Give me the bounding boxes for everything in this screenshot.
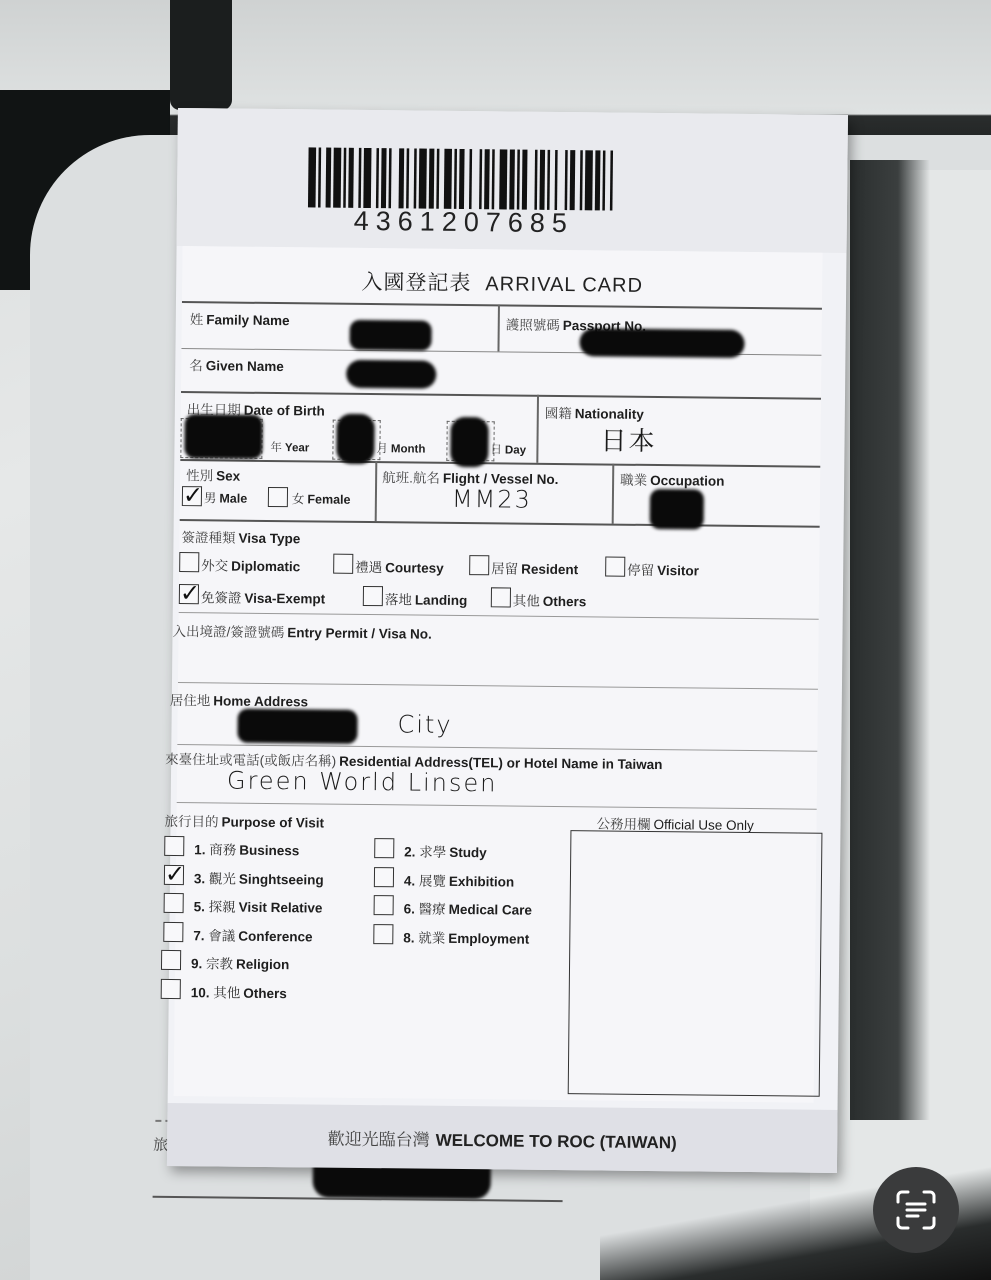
purpose-label: 5. 探親Visit Relative [194, 895, 323, 916]
text-scan-icon [894, 1188, 938, 1232]
barcode-bar [612, 151, 620, 211]
dob-year-redacted [184, 414, 262, 459]
sex-female-label: 女Female [292, 489, 351, 508]
purpose-label: 6. 醫療Medical Care [404, 897, 533, 918]
sex-female-checkbox[interactable] [268, 487, 288, 507]
visa-landing-label: 落地Landing [385, 588, 468, 609]
purpose-checkbox-conference[interactable] [163, 921, 183, 941]
visa-diplomatic-label: 外交Diplomatic [201, 554, 300, 575]
barcode-number: 4361207685 [308, 205, 620, 239]
home-address-value[interactable]: City [397, 710, 452, 739]
purpose-checkbox-singhtseeing[interactable] [164, 864, 184, 884]
visa-exempt-checkbox[interactable] [179, 584, 199, 604]
flight-value[interactable]: MM23 [452, 485, 532, 514]
card-shadow [850, 160, 930, 1120]
family-name-value-redacted [349, 320, 431, 351]
purpose-label: 10. 其他Others [191, 981, 287, 1002]
visa-others-label: 其他Others [513, 590, 587, 611]
nationality-label: 國籍Nationality [545, 402, 644, 423]
purpose-checkbox-others[interactable] [161, 978, 181, 998]
purpose-label: 1. 商務Business [194, 838, 299, 859]
purpose-label: 旅行目的Purpose of Visit [164, 810, 324, 832]
arrival-card: 4361207685 入國登記表ARRIVAL CARD 姓Family Nam… [167, 108, 848, 1173]
passport-value-redacted [579, 328, 744, 358]
visa-courtesy-label: 禮遇Courtesy [355, 556, 444, 577]
scan-text-button[interactable] [873, 1167, 959, 1253]
purpose-checkbox-visit-relative[interactable] [164, 893, 184, 913]
purpose-label: 2. 求學Study [404, 840, 487, 861]
dob-month-label: 月Month [376, 440, 425, 457]
visa-others-checkbox[interactable] [491, 587, 511, 607]
residential-address-value[interactable]: Green World Linsen [227, 767, 498, 798]
visa-diplomatic-checkbox[interactable] [179, 552, 199, 572]
purpose-label: 4. 展覽Exhibition [404, 869, 514, 890]
purpose-checkbox-business[interactable] [164, 836, 184, 856]
entry-permit-label: 入出境證/簽證號碼Entry Permit / Visa No. [172, 620, 432, 643]
visa-resident-checkbox[interactable] [469, 555, 489, 575]
sex-male-label: 男Male [204, 488, 247, 506]
dob-day-label: 日Day [490, 441, 526, 457]
purpose-label: 7. 會議Conference [193, 924, 312, 945]
dob-year-label: 年Year [270, 439, 309, 455]
purpose-label: 3. 觀光Singhtseeing [194, 867, 324, 888]
given-name-value-redacted [346, 360, 436, 389]
sex-male-checkbox[interactable] [182, 486, 202, 506]
visa-courtesy-checkbox[interactable] [333, 554, 353, 574]
arrival-form: 入國登記表ARRIVAL CARD 姓Family Name 護照號碼Passp… [174, 246, 823, 1103]
purpose-label: 9. 宗教Religion [191, 952, 289, 973]
barcode-stub: 4361207685 [177, 108, 848, 253]
visa-visitor-label: 停留Visitor [627, 559, 699, 580]
family-name-label: 姓Family Name [190, 308, 290, 329]
occupation-value-redacted [650, 489, 704, 530]
official-use-box [568, 830, 823, 1097]
visa-visitor-checkbox[interactable] [605, 556, 625, 576]
visa-landing-checkbox[interactable] [363, 586, 383, 606]
home-address-label: 居住地Home Address [170, 689, 308, 710]
visa-exempt-label: 免簽證Visa-Exempt [201, 586, 325, 607]
clip [170, 0, 232, 110]
nationality-value[interactable]: 日本 [600, 420, 656, 458]
dob-day-redacted [450, 417, 489, 467]
dob-month-redacted [336, 414, 375, 464]
barcode [308, 147, 991, 215]
footer-text: 歡迎光臨台灣WELCOME TO ROC (TAIWAN) [167, 1123, 837, 1155]
visa-resident-label: 居留Resident [491, 557, 578, 578]
form-title: 入國登記表ARRIVAL CARD [182, 264, 822, 301]
visa-type-label: 簽證種類Visa Type [181, 526, 300, 547]
purpose-checkbox-exhibition[interactable] [374, 867, 394, 887]
purpose-checkbox-employment[interactable] [373, 924, 393, 944]
occupation-label: 職業Occupation [620, 469, 724, 490]
purpose-checkbox-medical-care[interactable] [374, 895, 394, 915]
card-footer: 歡迎光臨台灣WELCOME TO ROC (TAIWAN) [167, 1103, 838, 1173]
purpose-checkbox-religion[interactable] [161, 950, 181, 970]
purpose-checkbox-study[interactable] [374, 838, 394, 858]
given-name-label: 名Given Name [189, 354, 284, 375]
purpose-label: 8. 就業Employment [403, 926, 529, 947]
home-address-redacted [237, 709, 357, 744]
